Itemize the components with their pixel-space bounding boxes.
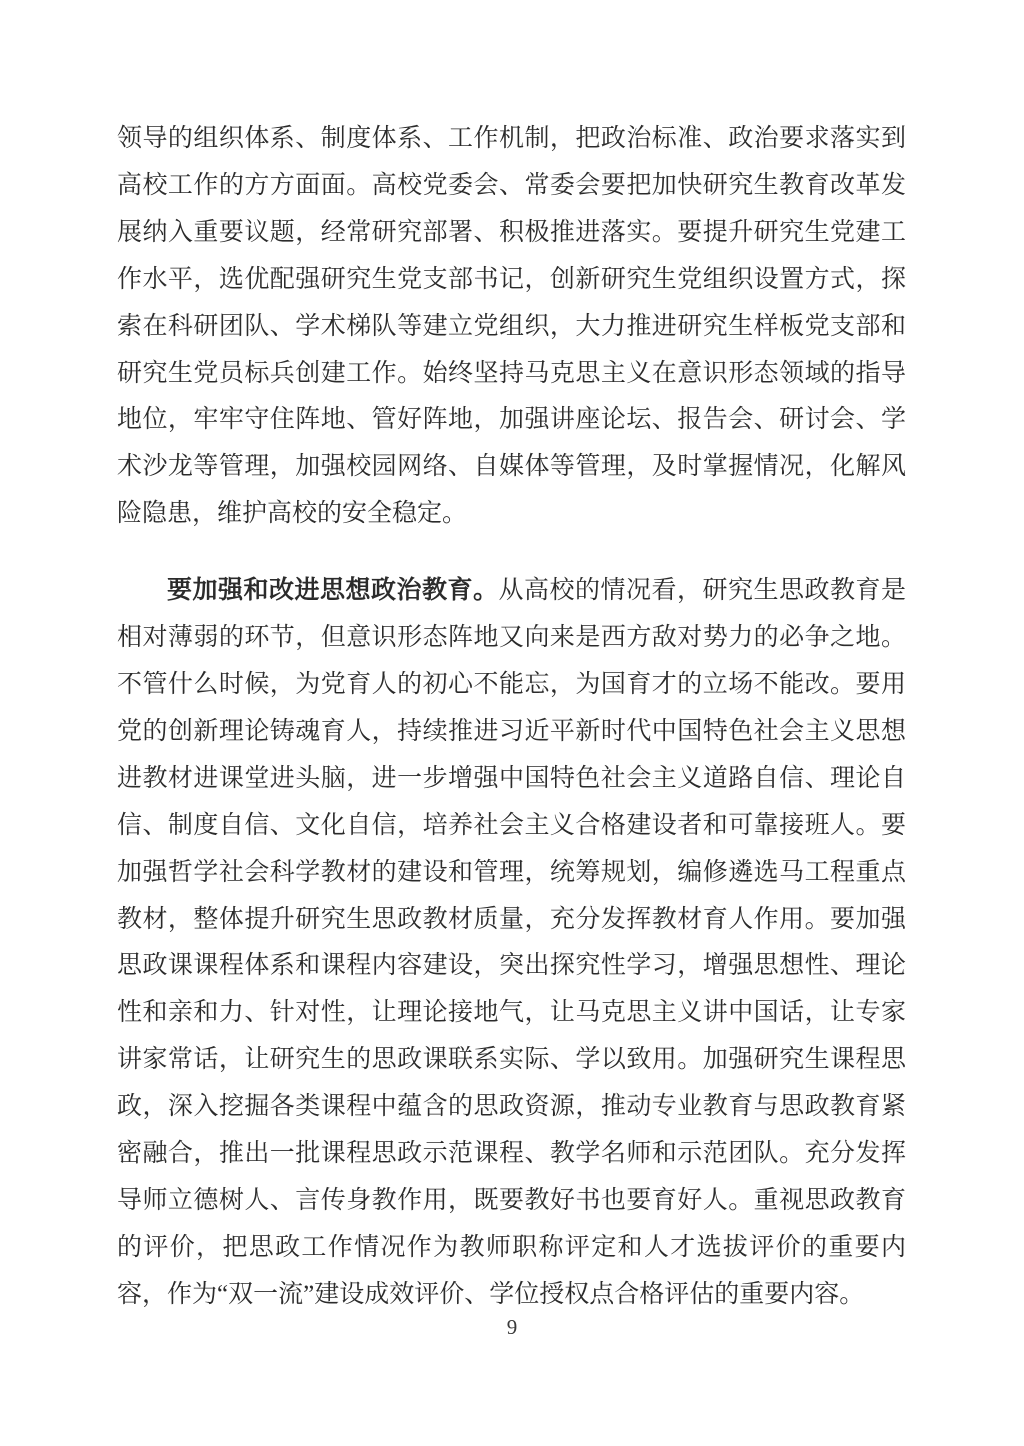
paragraph-text: 从高校的情况看，研究生思政教育是相对薄弱的环节，但意识形态阵地又向来是西方敌对势… xyxy=(117,577,906,1308)
page-text-block: 领导的组织体系、制度体系、工作机制，把政治标准、政治要求落实到高校工作的方方面面… xyxy=(117,116,906,1319)
paragraph-text: 领导的组织体系、制度体系、工作机制，把政治标准、政治要求落实到高校工作的方方面面… xyxy=(117,125,906,527)
paragraph-thought-politics: 要加强和改进思想政治教育。从高校的情况看，研究生思政教育是相对薄弱的环节，但意识… xyxy=(117,568,906,1319)
paragraph-continuation: 领导的组织体系、制度体系、工作机制，把政治标准、政治要求落实到高校工作的方方面面… xyxy=(117,116,906,538)
paragraph-bold-lead: 要加强和改进思想政治教育。 xyxy=(167,577,499,604)
page-number: 9 xyxy=(0,1312,1024,1342)
document-page: 领导的组织体系、制度体系、工作机制，把政治标准、政治要求落实到高校工作的方方面面… xyxy=(0,0,1024,1446)
